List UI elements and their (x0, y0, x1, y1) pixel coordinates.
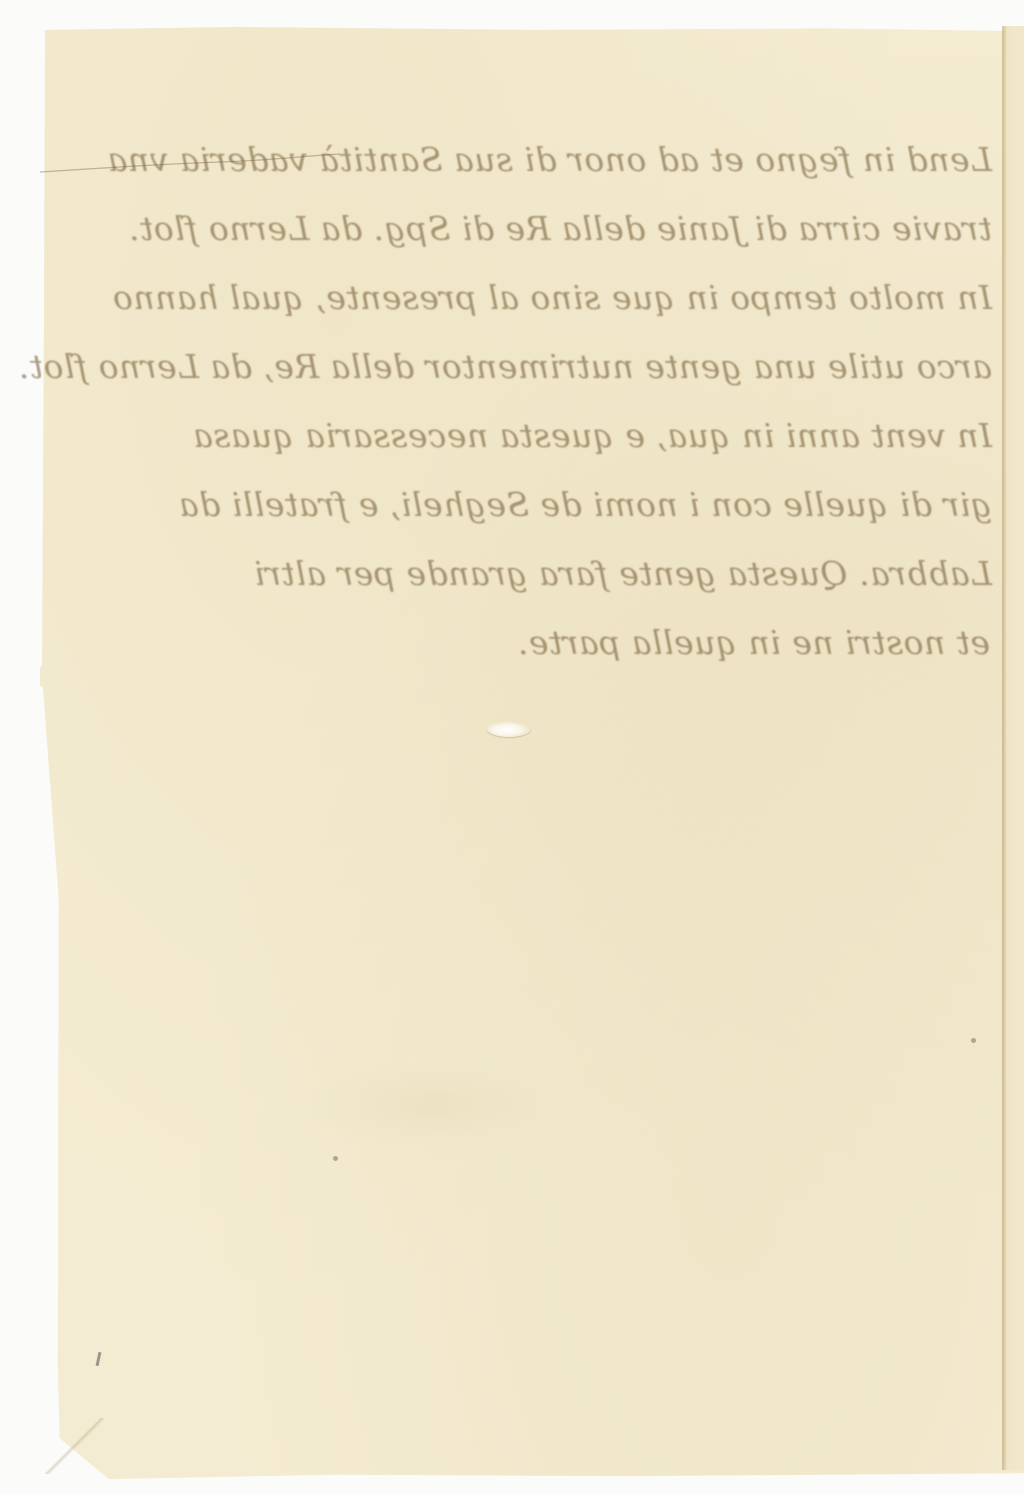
corner-fold-crease (44, 1418, 104, 1474)
text-line: travie cirra di Janie della Re di Spg. d… (180, 194, 1000, 263)
scan-canvas: Lend in fegno et ad onor di sua Santità … (0, 0, 1024, 1494)
foxing-spot-center (333, 1156, 338, 1161)
text-line: In vent anni in qua, e questa necessaria… (180, 401, 1000, 470)
text-line: In molto tempo in que sino al presente, … (180, 263, 1000, 332)
text-line: et nostri ne in quella parte. (180, 608, 1000, 677)
bleed-through-text: Lend in fegno et ad onor di sua Santità … (180, 125, 1000, 677)
adjoining-leaf-edge (1004, 26, 1024, 1470)
paper-blister (487, 721, 531, 737)
text-line: Lend in fegno et ad onor di sua Santità … (180, 125, 1000, 194)
text-line: Labbra. Questa gente fara grande per alt… (180, 539, 1000, 608)
foxing-stain (300, 1060, 560, 1150)
ink-spot-right-margin (971, 1038, 976, 1043)
text-line: gir di quelle con i nomi de Segheli, e f… (180, 470, 1000, 539)
text-line: arco utile una gente nutrimentor della R… (180, 332, 1000, 401)
